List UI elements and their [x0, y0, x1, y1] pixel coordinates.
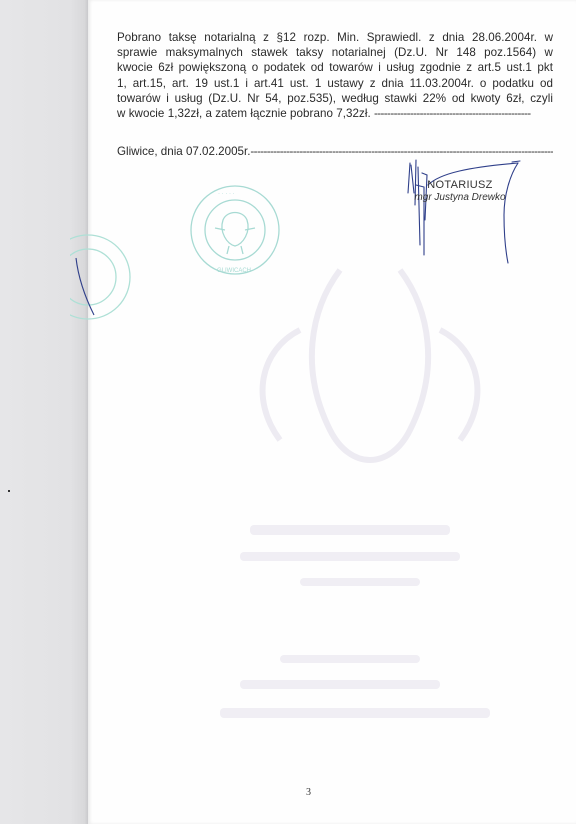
page-number: 3	[306, 787, 311, 798]
paragraph-line-last: w kwocie 1,32zł, a zatem łącznie pobrano…	[117, 106, 553, 121]
document-page	[88, 0, 576, 824]
scan-speck	[8, 490, 10, 492]
paragraph-line: 1, art.15, art. 19 ust.1 i art.41 ust. 1…	[117, 76, 553, 91]
paragraph-line: sprawie maksymalnych stawek taksy notari…	[117, 45, 553, 60]
notary-signature-block: NOTARIUSZ mgr Justyna Drewko	[390, 179, 530, 203]
filler-dashes: ----------------------------------------…	[250, 145, 553, 158]
filler-dashes: ----------------------------------------…	[374, 107, 531, 120]
place-date: Gliwice, dnia 07.02.2005r.	[117, 145, 250, 158]
paragraph-final-text: w kwocie 1,32zł, a zatem łącznie pobrano…	[117, 107, 371, 120]
paragraph-line: towarów i usług (Dz.U. Nr 54, poz.535), …	[117, 91, 553, 106]
paragraph-line: Pobrano taksę notarialną z §12 rozp. Min…	[117, 30, 553, 45]
notary-title: NOTARIUSZ	[390, 179, 530, 191]
scanner-margin	[0, 0, 88, 824]
paragraph-line: kwocie 6zł powiększoną o podatek od towa…	[117, 60, 553, 75]
fee-paragraph: Pobrano taksę notarialną z §12 rozp. Min…	[117, 30, 553, 121]
notary-name: mgr Justyna Drewko	[390, 192, 530, 203]
place-date-line: Gliwice, dnia 07.02.2005r.--------------…	[117, 145, 553, 158]
